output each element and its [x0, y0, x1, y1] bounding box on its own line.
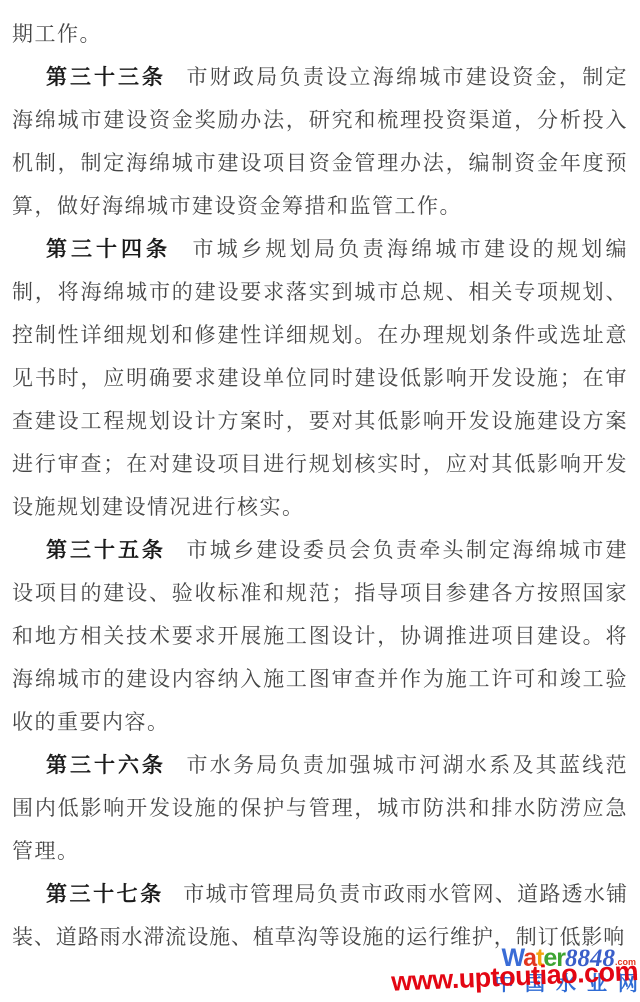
paragraph: 期工作。	[12, 13, 628, 56]
paragraph: 第三十五条 市城乡建设委员会负责牵头制定海绵城市建设项目的建设、验收标准和规范；…	[12, 529, 628, 744]
article-number: 第三十三条	[46, 65, 166, 89]
article-number: 第三十五条	[46, 538, 166, 562]
paragraph: 第三十六条 市水务局负责加强城市河湖水系及其蓝线范围内低影响开发设施的保护与管理…	[12, 744, 628, 873]
paragraph-text: 市城乡规划局负责海绵城市建设的规划编制，将海绵城市的建设要求落实到城市总规、相关…	[12, 237, 628, 519]
document-page: 期工作。 第三十三条 市财政局负责设立海绵城市建设资金，制定海绵城市建设资金奖励…	[0, 0, 640, 1002]
article-number: 第三十六条	[46, 753, 166, 777]
paragraph-text: 期工作。	[12, 22, 102, 46]
paragraph-text: 市城乡建设委员会负责牵头制定海绵城市建设项目的建设、验收标准和规范；指导项目参建…	[12, 538, 628, 734]
document-body: 期工作。 第三十三条 市财政局负责设立海绵城市建设资金，制定海绵城市建设资金奖励…	[12, 13, 628, 959]
paragraph: 第三十三条 市财政局负责设立海绵城市建设资金，制定海绵城市建设资金奖励办法，研究…	[12, 56, 628, 228]
article-number: 第三十七条	[46, 882, 164, 906]
article-number: 第三十四条	[46, 237, 171, 261]
paragraph: 第三十四条 市城乡规划局负责海绵城市建设的规划编制，将海绵城市的建设要求落实到城…	[12, 228, 628, 529]
